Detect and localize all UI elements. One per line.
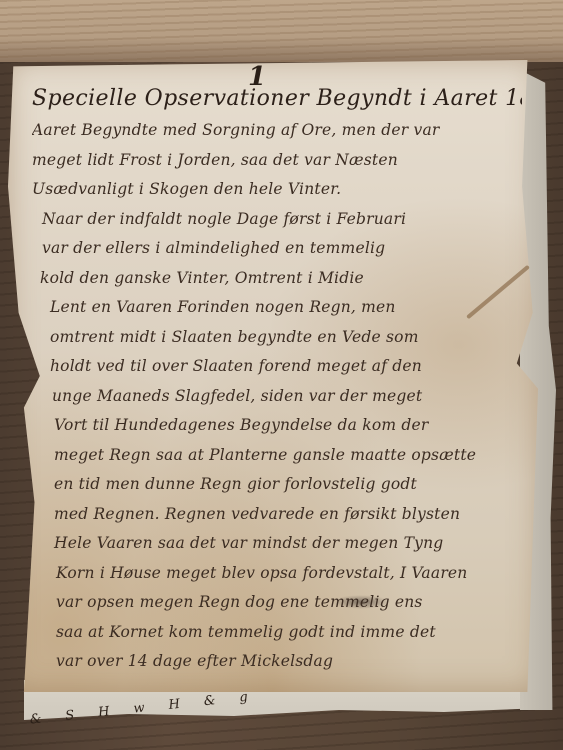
manuscript-line: Korn i Høuse meget blev opsa fordevstalt… — [32, 559, 522, 589]
manuscript-line: meget Regn saa at Planterne gansle maatt… — [32, 441, 522, 471]
manuscript-line: omtrent midt i Slaaten begyndte en Vede … — [32, 323, 522, 353]
manuscript-line: Hele Vaaren saa det var mindst der megen… — [32, 529, 522, 559]
manuscript-line: Usædvanligt i Skogen den hele Vinter. — [32, 175, 522, 205]
manuscript-line: med Regnen. Regnen vedvarede en førsikt … — [32, 500, 522, 530]
manuscript-line: kold den ganske Vinter, Omtrent i Midie — [32, 264, 522, 294]
manuscript-line: var over 14 dage efter Mickelsdag — [32, 647, 522, 677]
manuscript-line: Aaret Begyndte med Sorgning af Ore, men … — [32, 116, 522, 146]
manuscript-line: unge Maaneds Slagfedel, siden var der me… — [32, 382, 522, 412]
manuscript-line: var der ellers i almindelighed en temmel… — [32, 234, 522, 264]
manuscript-line: var opsen megen Regn dog ene temmelig en… — [32, 588, 522, 618]
manuscript-line: saa at Kornet kom temmelig godt ind imme… — [32, 618, 522, 648]
manuscript-text: Specielle Opservationer Begyndt i Aaret … — [32, 82, 522, 677]
manuscript-line: Vort til Hundedagenes Begyndelse da kom … — [32, 411, 522, 441]
manuscript-line: meget lidt Frost i Jorden, saa det var N… — [32, 146, 522, 176]
manuscript-line: holdt ved til over Slaaten forend meget … — [32, 352, 522, 382]
manuscript-title: Specielle Opservationer Begyndt i Aaret … — [32, 82, 522, 116]
manuscript-line: en tid men dunne Regn gior forlovstelig … — [32, 470, 522, 500]
manuscript-line: Lent en Vaaren Forinden nogen Regn, men — [32, 293, 522, 323]
manuscript-line: Naar der indfaldt nogle Dage først i Feb… — [32, 205, 522, 235]
wooden-table-top — [0, 0, 563, 62]
